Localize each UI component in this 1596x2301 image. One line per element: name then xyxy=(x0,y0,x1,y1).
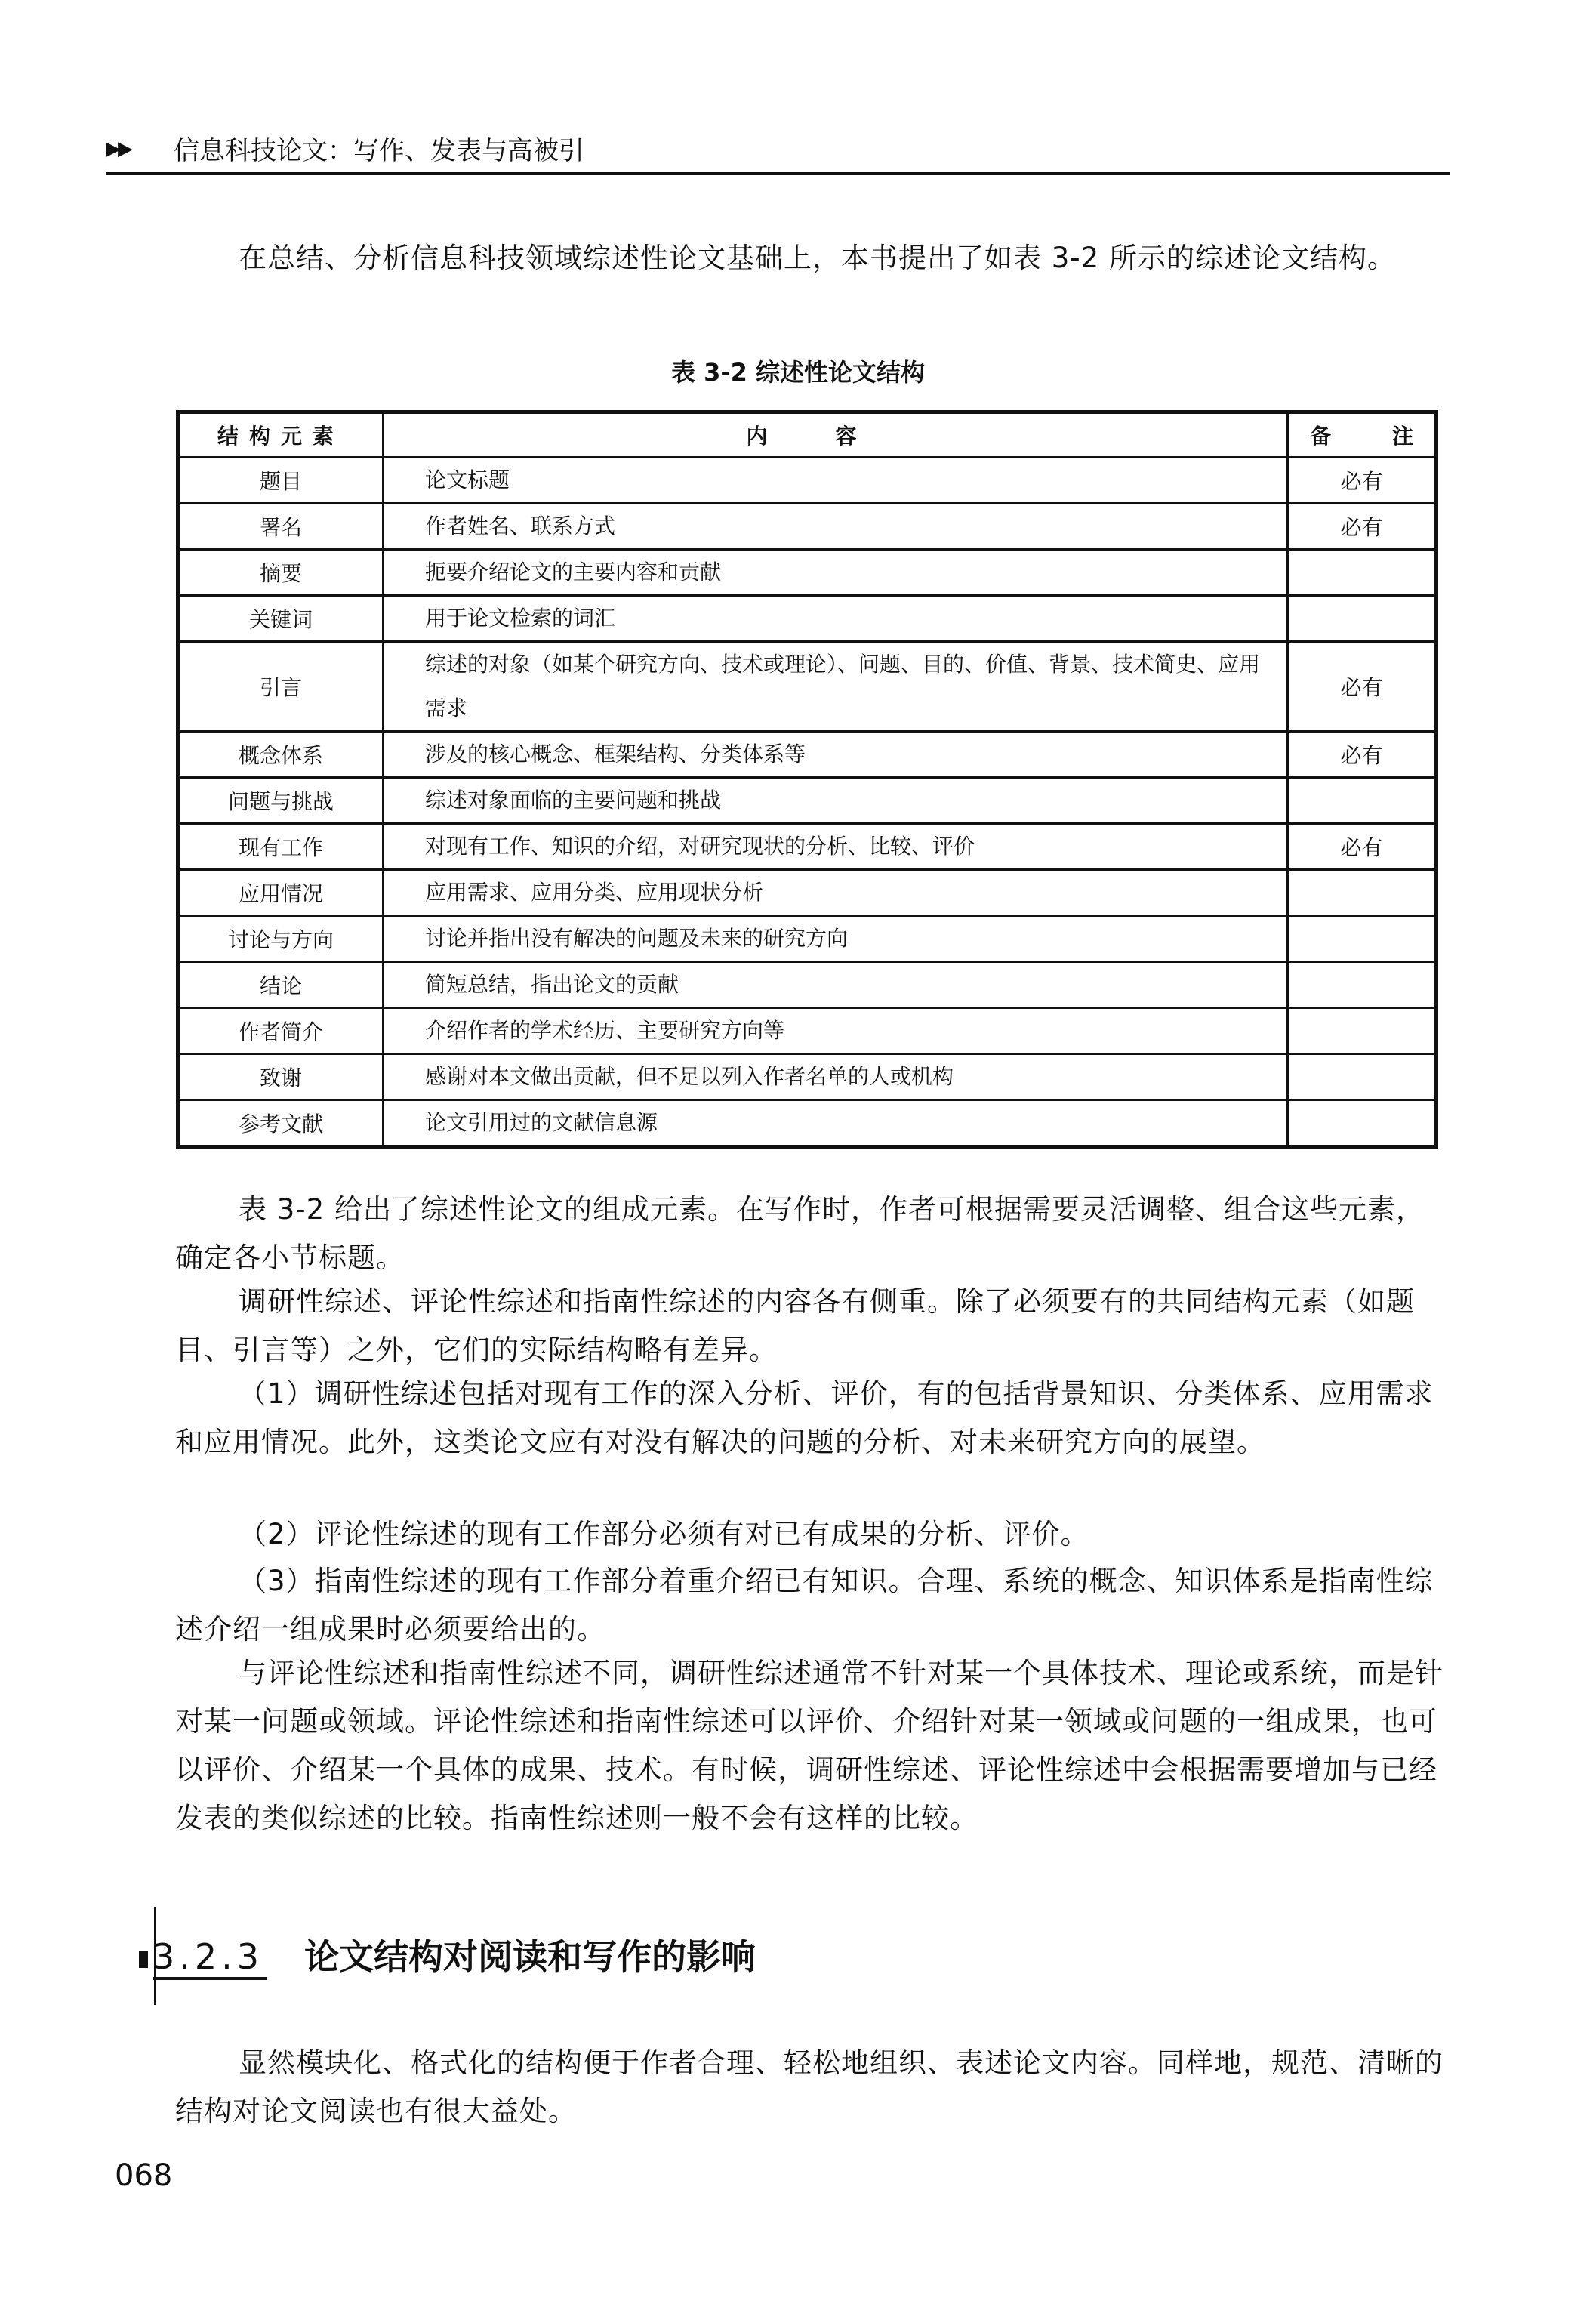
structure-table: 结构元素 内容 备注 题目论文标题必有 署名作者姓名、联系方式必有 摘要扼要介绍… xyxy=(176,410,1438,1149)
section-heading: 3.2.3 论文结构对阅读和写作的影响 xyxy=(139,1929,756,1979)
table-row: 结论简短总结，指出论文的贡献 xyxy=(178,962,1437,1008)
page-number: 068 xyxy=(115,2158,172,2193)
cell-note xyxy=(1288,1100,1437,1147)
table-row: 作者简介介绍作者的学术经历、主要研究方向等 xyxy=(178,1008,1437,1054)
table-row: 概念体系涉及的核心概念、框架结构、分类体系等必有 xyxy=(178,732,1437,778)
cell-content: 论文引用过的文献信息源 xyxy=(384,1100,1288,1147)
cell-element: 概念体系 xyxy=(178,732,384,778)
cell-note xyxy=(1288,596,1437,642)
section-paragraph: 显然模块化、格式化的结构便于作者合理、轻松地组织、表述论文内容。同样地，规范、清… xyxy=(175,2039,1443,2136)
paragraph: 调研性综述、评论性综述和指南性综述的内容各有侧重。除了必须要有的共同结构元素（如… xyxy=(175,1278,1443,1374)
cell-note xyxy=(1288,778,1437,824)
table-row: 参考文献论文引用过的文献信息源 xyxy=(178,1100,1437,1147)
cell-element: 关键词 xyxy=(178,596,384,642)
cell-note xyxy=(1288,870,1437,916)
cell-element: 结论 xyxy=(178,962,384,1008)
cell-note: 必有 xyxy=(1288,824,1437,870)
running-header: ▶▶ 信息科技论文：写作、发表与高被引 xyxy=(106,130,1450,175)
column-header-element: 结构元素 xyxy=(178,412,384,458)
cell-element: 署名 xyxy=(178,504,384,550)
double-arrow-icon: ▶▶ xyxy=(106,137,130,160)
paragraph: （2）评论性综述的现有工作部分必须有对已有成果的分析、评价。 xyxy=(175,1510,1443,1559)
cell-element: 问题与挑战 xyxy=(178,778,384,824)
cell-note xyxy=(1288,962,1437,1008)
cell-note xyxy=(1288,550,1437,596)
square-bullet-icon xyxy=(139,1951,148,1968)
table-row: 摘要扼要介绍论文的主要内容和贡献 xyxy=(178,550,1437,596)
cell-content: 综述对象面临的主要问题和挑战 xyxy=(384,778,1288,824)
table-row: 讨论与方向讨论并指出没有解决的问题及未来的研究方向 xyxy=(178,916,1437,962)
cell-note: 必有 xyxy=(1288,504,1437,550)
cell-note xyxy=(1288,916,1437,962)
table-row: 关键词用于论文检索的词汇 xyxy=(178,596,1437,642)
paragraph: （3）指南性综述的现有工作部分着重介绍已有知识。合理、系统的概念、知识体系是指南… xyxy=(175,1557,1443,1654)
cell-content: 介绍作者的学术经历、主要研究方向等 xyxy=(384,1008,1288,1054)
table-row: 题目论文标题必有 xyxy=(178,458,1437,504)
table-caption: 表 3-2 综述性论文结构 xyxy=(0,353,1596,388)
cell-element: 致谢 xyxy=(178,1054,384,1100)
cell-content: 简短总结，指出论文的贡献 xyxy=(384,962,1288,1008)
cell-note: 必有 xyxy=(1288,458,1437,504)
table-row: 引言综述的对象（如某个研究方向、技术或理论）、问题、目的、价值、背景、技术简史、… xyxy=(178,642,1437,732)
cell-content: 涉及的核心概念、框架结构、分类体系等 xyxy=(384,732,1288,778)
section-title: 论文结构对阅读和写作的影响 xyxy=(304,1936,756,1977)
cell-note xyxy=(1288,1008,1437,1054)
table-header-row: 结构元素 内容 备注 xyxy=(178,412,1437,458)
table-row: 应用情况应用需求、应用分类、应用现状分析 xyxy=(178,870,1437,916)
cell-content: 论文标题 xyxy=(384,458,1288,504)
cell-note xyxy=(1288,1054,1437,1100)
table-row: 致谢感谢对本文做出贡献，但不足以列入作者名单的人或机构 xyxy=(178,1054,1437,1100)
cell-content: 用于论文检索的词汇 xyxy=(384,596,1288,642)
cell-element: 摘要 xyxy=(178,550,384,596)
section-number: 3.2.3 xyxy=(153,1936,267,1980)
cell-note: 必有 xyxy=(1288,642,1437,732)
paragraph: 表 3-2 给出了综述性论文的组成元素。在写作时，作者可根据需要灵活调整、组合这… xyxy=(175,1186,1443,1282)
cell-content: 对现有工作、知识的介绍，对研究现状的分析、比较、评价 xyxy=(384,824,1288,870)
book-title: 信息科技论文：写作、发表与高被引 xyxy=(174,130,584,167)
intro-paragraph: 在总结、分析信息科技领域综述性论文基础上，本书提出了如表 3-2 所示的综述论文… xyxy=(175,234,1443,282)
table-row: 现有工作对现有工作、知识的介绍，对研究现状的分析、比较、评价必有 xyxy=(178,824,1437,870)
paragraph: 与评论性综述和指南性综述不同，调研性综述通常不针对某一个具体技术、理论或系统，而… xyxy=(175,1649,1443,1843)
table-row: 署名作者姓名、联系方式必有 xyxy=(178,504,1437,550)
cell-element: 现有工作 xyxy=(178,824,384,870)
cell-element: 应用情况 xyxy=(178,870,384,916)
cell-content: 综述的对象（如某个研究方向、技术或理论）、问题、目的、价值、背景、技术简史、应用… xyxy=(384,642,1288,732)
column-header-note: 备注 xyxy=(1288,412,1437,458)
cell-content: 讨论并指出没有解决的问题及未来的研究方向 xyxy=(384,916,1288,962)
cell-element: 题目 xyxy=(178,458,384,504)
cell-note: 必有 xyxy=(1288,732,1437,778)
cell-content: 作者姓名、联系方式 xyxy=(384,504,1288,550)
paragraph: （1）调研性综述包括对现有工作的深入分析、评价，有的包括背景知识、分类体系、应用… xyxy=(175,1370,1443,1467)
cell-element: 引言 xyxy=(178,642,384,732)
cell-content: 扼要介绍论文的主要内容和贡献 xyxy=(384,550,1288,596)
section-margin-rule xyxy=(154,1907,156,2005)
table-row: 问题与挑战综述对象面临的主要问题和挑战 xyxy=(178,778,1437,824)
cell-content: 应用需求、应用分类、应用现状分析 xyxy=(384,870,1288,916)
cell-content: 感谢对本文做出贡献，但不足以列入作者名单的人或机构 xyxy=(384,1054,1288,1100)
column-header-content: 内容 xyxy=(384,412,1288,458)
cell-element: 参考文献 xyxy=(178,1100,384,1147)
cell-element: 作者简介 xyxy=(178,1008,384,1054)
cell-element: 讨论与方向 xyxy=(178,916,384,962)
